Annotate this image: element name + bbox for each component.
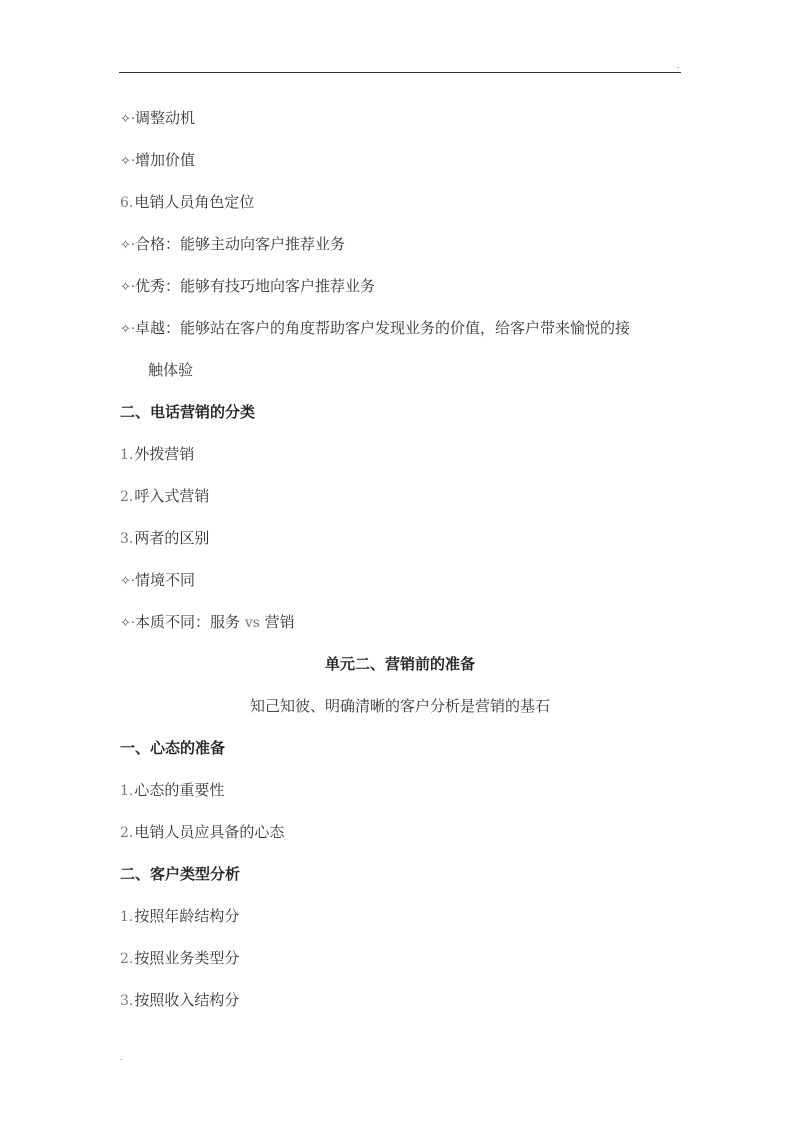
numbered-item: 3.按照收入结构分	[120, 988, 680, 1030]
item-number: 3.	[120, 993, 133, 1009]
item-text: 卓越：能够站在客户的角度帮助客户发现业务的价值，给客户带来愉悦的接	[135, 319, 630, 337]
item-text: 按照业务类型分	[134, 949, 239, 967]
item-text: 合格：能够主动向客户推荐业务	[135, 235, 345, 253]
item-number: 2.	[120, 489, 133, 505]
numbered-item: 1.外拨营销	[120, 442, 680, 484]
section-heading: 一、心态的准备	[120, 736, 680, 778]
numbered-item: 2.呼入式营销	[120, 484, 680, 526]
item-number: 1.	[120, 783, 133, 799]
header-rule	[119, 72, 681, 73]
item-number: 2.	[120, 825, 133, 841]
unit-subtitle: 知己知彼、明确清晰的客户分析是营销的基石	[120, 694, 680, 736]
bullet-item: ✧·调整动机	[120, 106, 680, 148]
diamond-bullet-icon: ✧·	[120, 322, 135, 337]
item-text: 调整动机	[135, 109, 195, 127]
bullet-item: ✧·合格：能够主动向客户推荐业务	[120, 232, 680, 274]
numbered-item: 6.电销人员角色定位	[120, 190, 680, 232]
item-text: 按照年龄结构分	[134, 907, 239, 925]
diamond-bullet-icon: ✧·	[120, 238, 135, 253]
numbered-item: 2.电销人员应具备的心态	[120, 820, 680, 862]
bullet-item: ✧·优秀：能够有技巧地向客户推荐业务	[120, 274, 680, 316]
bullet-item: ✧·本质不同：服务 vs 营销	[120, 610, 680, 652]
item-text: 营销	[260, 613, 295, 631]
heading-text: 二、客户类型分析	[120, 865, 240, 883]
document-body: ✧·调整动机 ✧·增加价值 6.电销人员角色定位 ✧·合格：能够主动向客户推荐业…	[120, 106, 680, 1030]
numbered-item: 2.按照业务类型分	[120, 946, 680, 988]
vs-text: vs	[245, 615, 260, 631]
item-text: 情境不同	[135, 571, 195, 589]
header-mark: .	[677, 62, 680, 70]
heading-text: 一、心态的准备	[120, 739, 225, 757]
item-number: 1.	[120, 909, 133, 925]
diamond-bullet-icon: ✧·	[120, 574, 135, 589]
diamond-bullet-icon: ✧·	[120, 112, 135, 127]
item-number: 6.	[120, 195, 133, 211]
item-text: 电销人员角色定位	[134, 193, 254, 211]
diamond-bullet-icon: ✧·	[120, 280, 135, 295]
diamond-bullet-icon: ✧·	[120, 154, 135, 169]
item-text: 外拨营销	[134, 445, 194, 463]
bullet-item-continuation: 触体验	[120, 358, 680, 400]
unit-title: 单元二、营销前的准备	[120, 652, 680, 694]
bullet-item: ✧·情境不同	[120, 568, 680, 610]
unit-subtitle-text: 知己知彼、明确清晰的客户分析是营销的基石	[250, 697, 550, 715]
bullet-item: ✧·卓越：能够站在客户的角度帮助客户发现业务的价值，给客户带来愉悦的接	[120, 316, 680, 358]
unit-title-text: 单元二、营销前的准备	[325, 655, 475, 673]
diamond-bullet-icon: ✧·	[120, 616, 135, 631]
item-text: 本质不同：服务	[135, 613, 245, 631]
numbered-item: 3.两者的区别	[120, 526, 680, 568]
item-text: 两者的区别	[134, 529, 209, 547]
numbered-item: 1.按照年龄结构分	[120, 904, 680, 946]
item-text: 心态的重要性	[134, 781, 224, 799]
bullet-item: ✧·增加价值	[120, 148, 680, 190]
item-text: 电销人员应具备的心态	[134, 823, 284, 841]
item-text: 按照收入结构分	[134, 991, 239, 1009]
heading-text: 二、电话营销的分类	[120, 403, 255, 421]
item-text: 增加价值	[135, 151, 195, 169]
footer-mark: .	[120, 1054, 123, 1062]
item-number: 1.	[120, 447, 133, 463]
numbered-item: 1.心态的重要性	[120, 778, 680, 820]
item-text: 呼入式营销	[134, 487, 209, 505]
section-heading: 二、客户类型分析	[120, 862, 680, 904]
item-text: 优秀：能够有技巧地向客户推荐业务	[135, 277, 375, 295]
item-number: 2.	[120, 951, 133, 967]
item-text: 触体验	[148, 361, 193, 379]
section-heading: 二、电话营销的分类	[120, 400, 680, 442]
item-number: 3.	[120, 531, 133, 547]
